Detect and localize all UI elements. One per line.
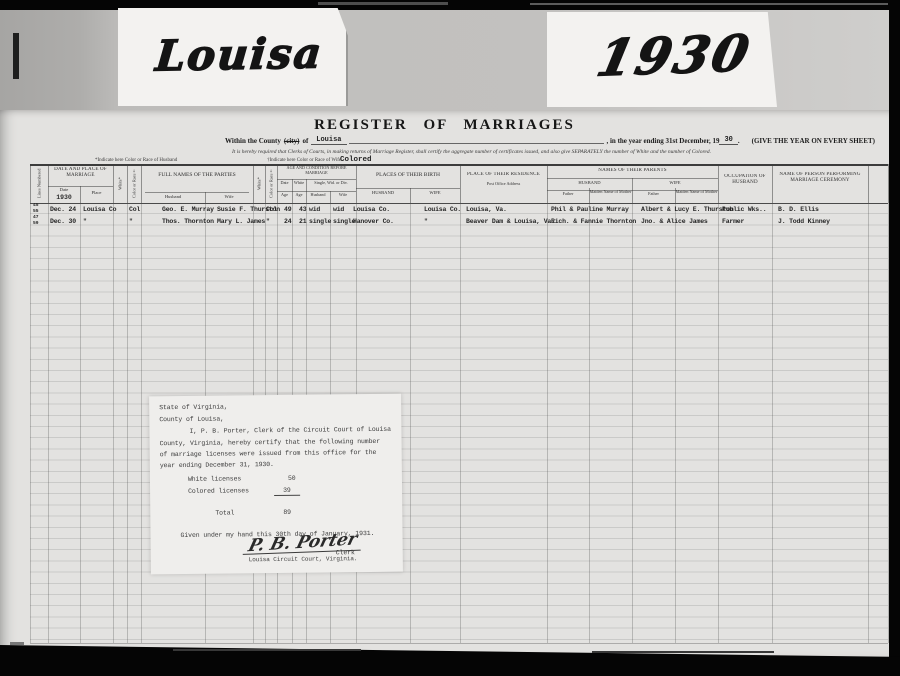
age-sub-wife: Wife: [330, 193, 356, 198]
grid-line: [30, 164, 31, 203]
cell-residence: Beaver Dam & Louisa, Va.: [466, 218, 555, 225]
line-number-bottom: 55: [33, 209, 39, 215]
colored-licenses-label: Colored licenses: [188, 487, 249, 495]
cell-husband-age: 24: [284, 218, 291, 225]
grid-line: [141, 164, 142, 203]
court-line: Louisa Circuit Court, Virginia.: [249, 555, 358, 563]
grid-line: [141, 203, 142, 643]
grid-line: [410, 203, 411, 643]
birth-sub-wife: WIFE: [410, 190, 460, 195]
grid-line: [113, 164, 114, 203]
cert-line: County of Louisa,: [159, 416, 224, 424]
colored-licenses-value: 39: [274, 487, 300, 496]
grid-line: [772, 164, 773, 203]
col-header-birth: PLACES OF THEIR BIRTH: [356, 172, 460, 184]
cell-birth-husband: Louisa Co.: [353, 206, 390, 213]
grid-line: [306, 179, 307, 203]
cell-race2: Col: [266, 206, 277, 213]
age-sub-single: Single, Wid. or Div.: [306, 181, 356, 186]
age-sub-husband: Husband: [306, 193, 330, 198]
white-licenses-value: 50: [288, 475, 296, 482]
row-line-numbers: 4759: [33, 215, 39, 226]
cell-birth-wife: Louisa Co.: [424, 206, 461, 213]
cell-wife-age: 21: [299, 218, 306, 225]
age-sub-age-h: Age: [277, 193, 292, 198]
blank-rule: [349, 143, 605, 144]
struck-city-word: (city): [284, 137, 300, 145]
cell-husband-age: 49: [284, 206, 291, 213]
cell-occupation: Public Wks..: [722, 206, 766, 213]
grid-line: [547, 164, 548, 203]
grid-line: [356, 164, 357, 203]
grid-line: [127, 164, 128, 203]
line-number-bottom: 59: [33, 221, 39, 227]
cell-parents-wife: Albert & Lucy E. Thurston: [641, 206, 734, 213]
cert-line: of marriage licenses were issued from th…: [160, 449, 377, 458]
parents-father-h: Father: [547, 192, 589, 197]
line-number-top: 47: [33, 215, 39, 221]
grid-line: [589, 203, 590, 643]
typed-year-header: 1930: [48, 194, 80, 201]
film-mark: [13, 33, 19, 79]
birth-sub-husband: HUSBAND: [356, 190, 410, 195]
year-instruction: (GIVE THE YEAR ON EVERY SHEET): [752, 137, 875, 145]
grid-line: [718, 203, 719, 643]
grid-line: [547, 203, 548, 643]
parents-sub-wife: WIFE: [632, 180, 718, 185]
age-sub-white: White: [292, 181, 306, 186]
grid-line: [410, 188, 411, 203]
film-streak: [318, 2, 448, 5]
grid-line: [48, 164, 49, 203]
parents-father-w: Father: [632, 192, 675, 197]
race-entry-value: Colored: [340, 156, 372, 164]
grid-line: [80, 203, 81, 643]
total-label: Total: [215, 509, 234, 516]
county-line-prefix: Within the County: [225, 137, 281, 145]
grid-line: [265, 164, 266, 203]
cell-birth-husband: Hanover Co.: [353, 218, 394, 225]
col-header-occupation: OCCUPATION OF HUSBAND: [718, 174, 772, 194]
cell-race: ": [129, 218, 133, 225]
grid-line: [292, 179, 293, 203]
line-number-top: 45: [33, 203, 39, 209]
cert-line: year ending December 31, 1930.: [160, 461, 274, 469]
cell-occupation: Farmer: [722, 218, 744, 225]
col-header-white-1: White*: [113, 164, 127, 203]
handwritten-county-label: Louisa: [154, 29, 325, 81]
film-right-border: [889, 0, 900, 676]
year-ending-text: , in the year ending 31st December, 19: [606, 137, 719, 145]
cert-line: State of Virginia,: [159, 404, 227, 412]
grid-line: [718, 164, 719, 203]
film-streak: [530, 3, 888, 5]
county-label-card: Louisa: [118, 8, 348, 106]
header-rule: [277, 191, 356, 192]
age-sub-age-w: Age: [292, 193, 306, 198]
cell-parents-husband: Phil & Pauline Murray: [551, 206, 629, 213]
parents-sub-husband: HUSBAND: [547, 180, 632, 185]
cell-parents-husband: Rich. & Fannie Thornton: [551, 218, 636, 225]
county-value: Louisa: [311, 136, 346, 145]
clerk-certificate: State of Virginia, County of Louisa, I, …: [149, 394, 403, 575]
col-header-race-2: Color or Race†: [265, 164, 277, 203]
page-title: REGISTER OF MARRIAGES: [0, 117, 889, 134]
grid-line: [277, 164, 278, 203]
clerk-note: It is hereby required that Clerks of Cou…: [232, 149, 884, 155]
cell-race2: ": [266, 218, 270, 225]
col-header-date-place: DATE AND PLACE OF MARRIAGE: [48, 167, 113, 185]
cell-residence: Louisa, Va.: [466, 206, 507, 213]
white-licenses-label: White licenses: [188, 475, 241, 483]
footnote-husband: *Indicate here Color or Race of Husband: [95, 158, 177, 163]
grid-line: [253, 164, 254, 203]
cell-birth-wife: ": [424, 218, 428, 225]
cell-wife-age: 43: [299, 206, 306, 213]
grid-line: [632, 178, 633, 203]
cell-parents-wife: Jno. & Alice James: [641, 218, 708, 225]
register-page: REGISTER OF MARRIAGES Within the County …: [0, 110, 889, 658]
table-top-border: [30, 164, 888, 166]
col-header-age-condition: AGE AND CONDITION BEFORE MARRIAGE: [277, 166, 356, 179]
microfilm-scan: Louisa 1930 REGISTER OF MARRIAGES Within…: [0, 0, 900, 676]
col-header-parents: NAMES OF THEIR PARENTS: [547, 168, 718, 177]
header-rule: [356, 188, 460, 189]
year-label-card: 1930: [547, 12, 777, 107]
county-line-of: of: [302, 137, 308, 145]
grid-line: [675, 188, 676, 203]
grid-line: [589, 188, 590, 203]
col-header-wife: Wife: [205, 194, 253, 203]
cert-line: County, Virginia, hereby certify that th…: [160, 438, 380, 447]
grid-line: [772, 203, 773, 643]
grid-line: [330, 191, 331, 203]
grid-line: [80, 186, 81, 203]
cell-minister: J. Todd Kinney: [778, 218, 830, 225]
cell-husband-condition: wid: [309, 206, 320, 213]
cell-place: ": [83, 218, 87, 225]
grid-line: [127, 203, 128, 643]
cell-husband-condition: single: [309, 218, 331, 225]
cell-minister: B. D. Ellis: [778, 206, 819, 213]
grid-line: [868, 203, 869, 643]
col-header-husband: Husband: [141, 194, 205, 203]
film-scratch: [592, 651, 774, 653]
grid-line: [632, 203, 633, 643]
row-line-numbers: 4555: [33, 203, 39, 214]
grid-line: [30, 203, 31, 643]
grid-line: [48, 203, 49, 643]
county-line: Within the County (city) of Louisa , in …: [225, 136, 875, 145]
footnote-wife: †Indicate here Color or Race of Wife: [267, 158, 341, 163]
cell-wife-condition: single: [333, 218, 355, 225]
period: .: [738, 137, 740, 145]
col-header-white-2: White*: [253, 164, 265, 203]
col-header-date: Date: [48, 187, 80, 194]
grid-line: [460, 164, 461, 203]
film-scratch: [173, 649, 361, 651]
cell-husband-name: Thos. Thornton: [162, 218, 214, 225]
grid-line: [205, 192, 206, 203]
col-header-residence: PLACE OF THEIR RESIDENCE: [460, 172, 547, 182]
grid-line: [675, 203, 676, 643]
cell-race: Col: [129, 206, 140, 213]
cell-date: Dec. 30: [50, 218, 76, 225]
total-value: 89: [283, 509, 291, 516]
handwritten-year-label: 1930: [592, 23, 757, 87]
col-header-place: Place: [80, 190, 113, 200]
year-value: 30: [719, 136, 737, 145]
col-header-minister: NAME OF PERSON PERFORMING MARRIAGE CEREM…: [772, 172, 868, 196]
cell-wife-name: Mary L. James: [217, 218, 265, 225]
grid-line: [868, 164, 869, 203]
cell-husband-name: Geo. E. Murray: [162, 206, 214, 213]
cell-date: Dec. 24: [50, 206, 76, 213]
grid-line: [460, 203, 461, 643]
cert-line: I, P. B. Porter, Clerk of the Circuit Co…: [189, 426, 390, 435]
age-sub-date: Date: [277, 181, 292, 186]
col-header-lines: Lines Numbered: [30, 164, 48, 203]
header-rule: [277, 179, 356, 180]
cell-wife-condition: wid: [333, 206, 344, 213]
header-arrow-rule: [145, 192, 249, 193]
cell-place: Louisa Co: [83, 206, 116, 213]
grid-line: [113, 203, 114, 643]
table-bottom-edge: [30, 643, 888, 644]
col-header-residence-sub: Post Office Address: [460, 182, 547, 187]
film-scratch: [10, 642, 24, 645]
col-header-race-1: Color or Race†: [127, 164, 141, 203]
col-header-names: FULL NAMES OF THE PARTIES: [141, 172, 253, 184]
